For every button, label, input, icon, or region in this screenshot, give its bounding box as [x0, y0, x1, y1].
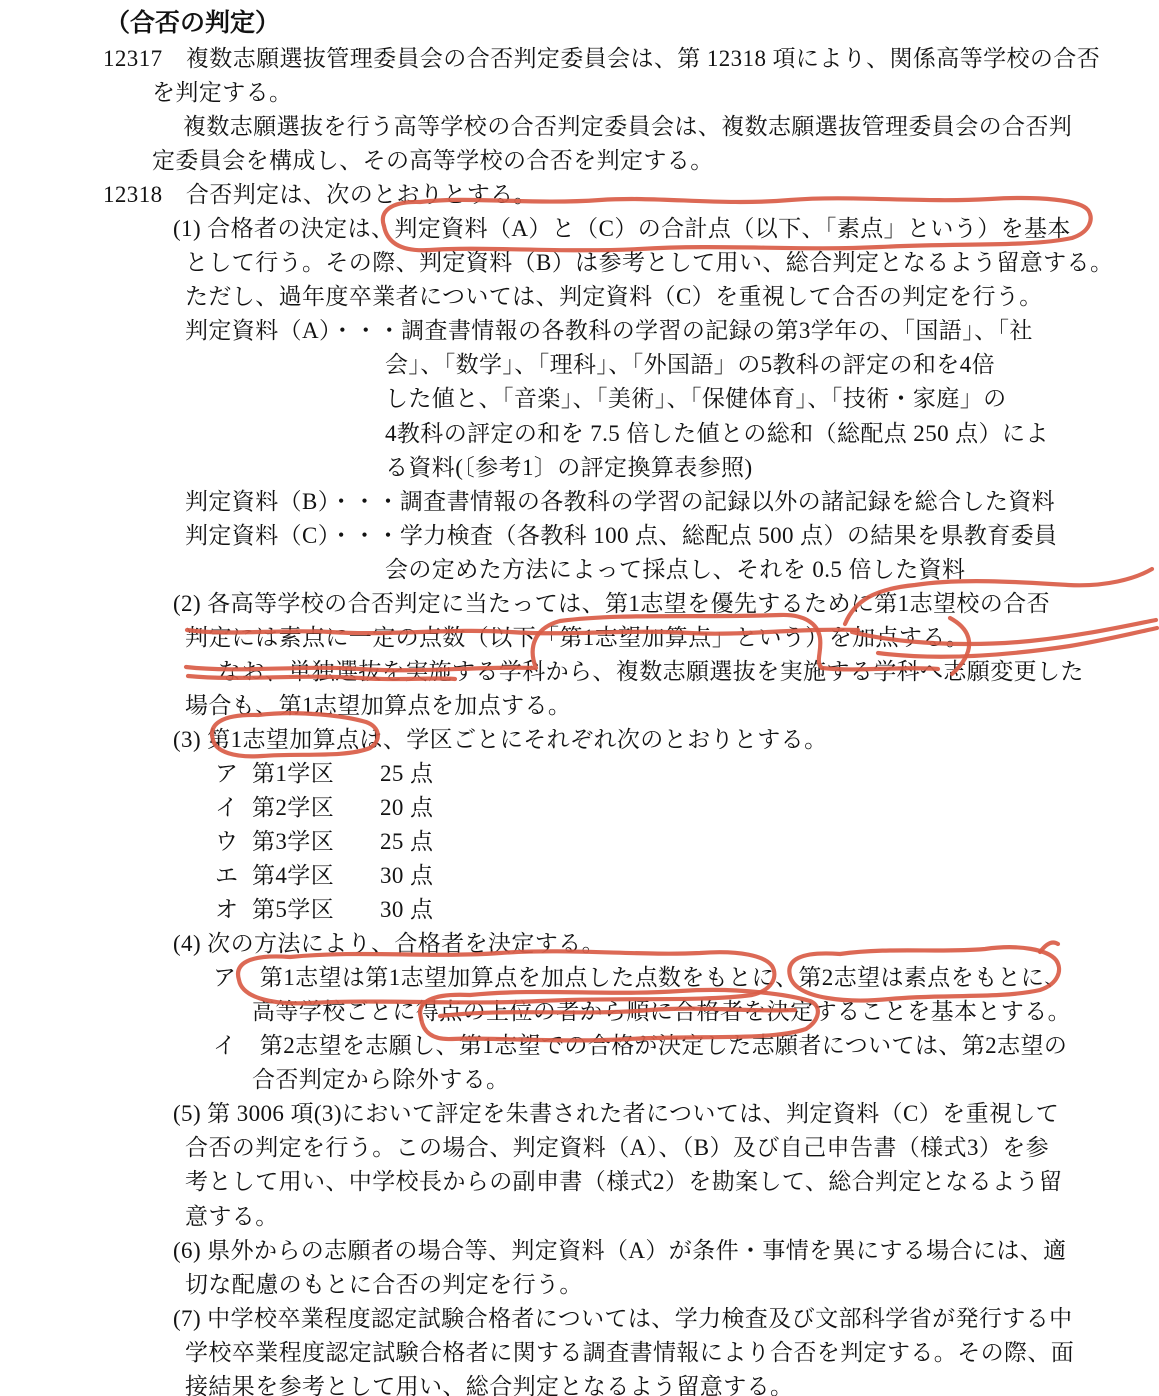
district-row-3: ウ 第3学区 25 点: [215, 827, 615, 857]
item7-line1: (7) 中学校卒業程度認定試験合格者については、学力検査及び文部科学省が発行する…: [173, 1304, 1073, 1334]
item-12318-line1: 12318 合否判定は、次のとおりとする。: [103, 180, 537, 210]
district-kana: イ: [215, 793, 238, 823]
item-12317-line3: 複数志願選抜を行う高等学校の合否判定委員会は、複数志願選抜管理委員会の合否判: [183, 112, 1072, 142]
district-points: 25 点: [380, 759, 433, 789]
material-a-line5: る資料(〔参考1〕の評定換算表参照): [385, 453, 753, 483]
item-12317-line1: 12317 複数志願選抜管理委員会の合否判定委員会は、第 12318 項により、…: [103, 44, 1100, 74]
item4-i-line2: 合否判定から除外する。: [252, 1065, 509, 1095]
item5-line2: 合否の判定を行う。この場合、判定資料（A）、（B）及び自己申告書（様式3）を参: [185, 1133, 1049, 1163]
district-row-5: オ 第5学区 30 点: [215, 895, 615, 925]
item2-line4: 場合も、第1志望加算点を加点する。: [185, 691, 571, 721]
district-name: 第1学区: [252, 759, 334, 789]
material-a-line3: した値と、「音楽」、「美術」、「保健体育」、「技術・家庭」の: [385, 384, 1007, 414]
district-kana: オ: [215, 895, 238, 925]
district-row-1: ア 第1学区 25 点: [215, 759, 615, 789]
material-b-line1: 判定資料（B）・・・調査書情報の各教科の学習の記録以外の諸記録を総合した資料: [185, 487, 1055, 517]
item5-line3: 考として用い、中学校長からの副申書（様式2）を勘案して、総合判定となるよう留: [185, 1167, 1062, 1197]
district-kana: ウ: [215, 827, 238, 857]
district-row-2: イ 第2学区 20 点: [215, 793, 615, 823]
district-points: 30 点: [380, 895, 433, 925]
item1-line3: ただし、過年度卒業者については、判定資料（C）を重視して合否の判定を行う。: [185, 282, 1043, 312]
material-c-line2: 会の定めた方法によって採点し、それを 0.5 倍した資料: [385, 555, 965, 585]
item-12317-line4: 定委員会を構成し、その高等学校の合否を判定する。: [152, 146, 714, 176]
item6-line1: (6) 県外からの志願者の場合等、判定資料（A）が条件・事情を異にする場合には、…: [173, 1236, 1067, 1266]
material-a-line2: 会」、「数学」、「理科」、「外国語」の5教科の評定の和を4倍: [385, 350, 995, 380]
item4-i-line1: イ 第2志望を志願し、第1志望での合格が決定した志願者については、第2志望の: [213, 1031, 1067, 1061]
material-a-line1: 判定資料（A）・・・調査書情報の各教科の学習の記録の第3学年の、「国語」、「社: [185, 316, 1033, 346]
item1-line2: として行う。その際、判定資料（B）は参考として用い、総合判定となるよう留意する。: [185, 248, 1113, 278]
pen-hook-second-choice: [1040, 942, 1058, 952]
item4-a-line1: ア 第1志望は第1志望加算点を加点した点数をもとに、第2志望は素点をもとに、: [213, 963, 1068, 993]
district-name: 第5学区: [252, 895, 334, 925]
material-c-line1: 判定資料（C）・・・学力検査（各教科 100 点、総配点 500 点）の結果を県…: [185, 521, 1057, 551]
item1-line1: (1) 合格者の決定は、判定資料（A）と（C）の合計点（以下、「素点」という）を…: [173, 214, 1071, 244]
district-points: 25 点: [380, 827, 433, 857]
district-kana: エ: [215, 861, 238, 891]
page-title: （合否の判定）: [105, 8, 280, 38]
item2-line3: なお、単独選抜を実施する学科から、複数志願選抜を実施する学科へ志願変更した: [218, 657, 1084, 687]
item6-line2: 切な配慮のもとに合否の判定を行う。: [185, 1270, 583, 1300]
district-name: 第2学区: [252, 793, 334, 823]
item5-line1: (5) 第 3006 項(3)において評定を朱書された者については、判定資料（C…: [173, 1099, 1059, 1129]
district-name: 第3学区: [252, 827, 334, 857]
item-12317-line2: を判定する。: [152, 78, 292, 108]
district-points: 30 点: [380, 861, 433, 891]
material-a-line4: 4教科の評定の和を 7.5 倍した値との総和（総配点 250 点）によ: [385, 419, 1049, 449]
item5-line4: 意する。: [185, 1202, 279, 1232]
item7-line2: 学校卒業程度認定試験合格者に関する調査書情報により合否を判定する。その際、面: [185, 1338, 1074, 1368]
item2-line2: 判定には素点に一定の点数（以下「第1志望加算点」という）を加点する。: [185, 623, 969, 653]
district-points: 20 点: [380, 793, 433, 823]
district-row-4: エ 第4学区 30 点: [215, 861, 615, 891]
item7-line3: 接結果を参考として用い、総合判定となるよう留意する。: [185, 1372, 793, 1396]
item2-line1: (2) 各高等学校の合否判定に当たっては、第1志望を優先するために第1志望校の合…: [173, 589, 1050, 619]
document-page: （合否の判定） 12317 複数志願選抜管理委員会の合否判定委員会は、第 123…: [0, 0, 1159, 1396]
district-kana: ア: [215, 759, 238, 789]
district-name: 第4学区: [252, 861, 334, 891]
item3-line1: (3) 第1志望加算点は、学区ごとにそれぞれ次のとおりとする。: [173, 725, 827, 755]
item4-a-line2: 高等学校ごとに得点の上位の者から順に合格者を決定することを基本とする。: [252, 997, 1071, 1027]
item4-line1: (4) 次の方法により、合格者を決定する。: [173, 929, 605, 959]
